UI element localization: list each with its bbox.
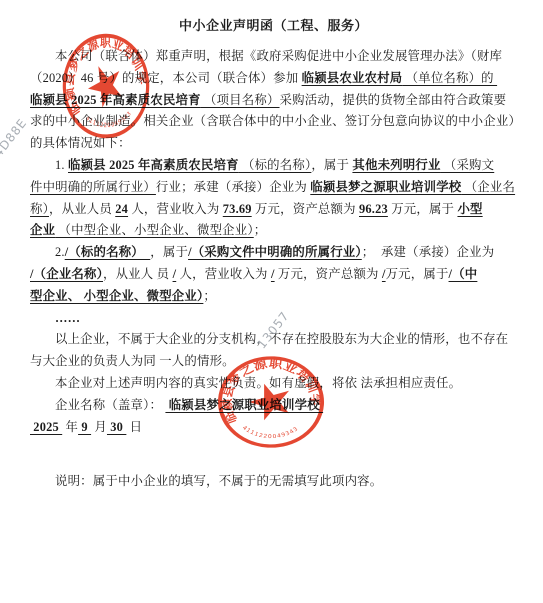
text-run: ； 承建（承接）企业为 bbox=[362, 245, 495, 259]
text-run: 24 bbox=[115, 202, 128, 216]
text-run: 行业；承建（承接）企业为 bbox=[156, 180, 310, 194]
text-run: 人，营业收入为 bbox=[128, 202, 223, 216]
doc-line-10: 2./（标的名称） ，属于/（采购文件中明确的所属行业）； 承建（承接）企业为 bbox=[30, 242, 517, 264]
text-run: 96.23 bbox=[359, 202, 388, 216]
text-run: 1. bbox=[55, 158, 68, 172]
text-run: 与大企业的负责人为同 一人的情形。 bbox=[30, 354, 235, 368]
text-run: 年 bbox=[62, 420, 78, 434]
text-run: 企业 bbox=[30, 223, 55, 237]
text-run: 月 bbox=[91, 420, 107, 434]
text-run: 企业名称（盖章）： bbox=[55, 398, 165, 412]
doc-line-19: 说明：属于中小企业的填写，不属于的无需填写此项内容。 bbox=[30, 471, 517, 493]
text-run: 小型 bbox=[457, 202, 482, 216]
doc-line-8: 称），从业人员 24 人，营业收入为 73.69 万元，资产总额为 96.23 … bbox=[30, 199, 517, 221]
text-run: 临颍县农业农村局 bbox=[302, 71, 403, 85]
text-run: 万元，属于 bbox=[388, 202, 458, 216]
company-seal-bottom: 临颍县梦之源职业培训学校 4111220049343 bbox=[206, 346, 336, 458]
text-run: 2025 bbox=[30, 420, 62, 434]
doc-line-11: /（企业名称），从业人 员 / 人，营业收入为 / 万元，资产总额为 /万元，属… bbox=[30, 264, 517, 286]
text-run: ，从业人 员 bbox=[103, 267, 173, 281]
text-run: 说明：属于中小企业的填写，不属于的无需填写此项内容。 bbox=[55, 474, 382, 488]
text-run: ； bbox=[203, 289, 216, 303]
text-run: （采购文 bbox=[441, 158, 495, 172]
company-seal-top: 临颍县梦之源职业培训学校 4111220049343 bbox=[53, 22, 159, 150]
text-run: 以上企业，不属于大企业的分支机构，不存在控股股东为大企业的情形，也不存在 bbox=[55, 332, 508, 346]
text-run: 件中明确的所属行业） bbox=[30, 180, 156, 194]
text-run: 日 bbox=[126, 420, 142, 434]
text-run: 型企业、 小型企业、微型企业） bbox=[30, 289, 203, 303]
text-run: 万元，属于 bbox=[386, 267, 449, 281]
doc-line-6: 1. 临颍县 2025 年高素质农民培育 （标的名称），属于 其他未列明行业 （… bbox=[30, 155, 517, 177]
text-run: 万元，资产总额为 bbox=[275, 267, 382, 281]
text-run: /（企业名称） bbox=[30, 267, 103, 281]
doc-line-9: 企业 （中型企业、小型企业、微型企业）； bbox=[30, 220, 517, 242]
text-run: ，从业人员 bbox=[49, 202, 115, 216]
doc-line-7: 件中明确的所属行业）行业；承建（承接）企业为 临颍县梦之源职业培训学校 （企业名 bbox=[30, 177, 517, 199]
star-icon bbox=[83, 57, 128, 111]
document-page: 934D88E 13057 中小企业声明函（工程、服务） 本公司（联合体）郑重声… bbox=[0, 0, 543, 603]
text-run: ，属于 bbox=[311, 158, 352, 172]
text-run: 人，营业收入为 bbox=[176, 267, 271, 281]
text-run: 30 bbox=[107, 420, 126, 434]
text-run: 临颍县 2025 年高素质农民培育 bbox=[68, 158, 239, 172]
text-run: 临颍县梦之源职业培训学校 bbox=[310, 180, 461, 194]
text-run: /（采购文件中明确的所属行业） bbox=[188, 245, 362, 259]
text-run: /（中 bbox=[449, 267, 478, 281]
text-run: 9 bbox=[78, 420, 91, 434]
text-run: 称） bbox=[30, 202, 49, 216]
text-run: /（标的名称） bbox=[65, 245, 151, 259]
text-run: 万元，资产总额为 bbox=[252, 202, 359, 216]
text-run: （企业名 bbox=[461, 180, 515, 194]
star-icon bbox=[244, 378, 297, 422]
text-run: （中型企业、小型企业、微型企业） bbox=[55, 223, 254, 237]
text-run: ； bbox=[254, 223, 267, 237]
text-run: 其他未列明行业 bbox=[352, 158, 440, 172]
text-run: 73.69 bbox=[223, 202, 252, 216]
text-run: （单位名称）的 bbox=[402, 71, 497, 85]
watermark-fragment-left: 934D88E bbox=[0, 116, 30, 173]
text-run: ，属于 bbox=[150, 245, 188, 259]
text-run: 采购活动，提供的货物全部由符合政策要 bbox=[280, 93, 507, 107]
text-run: 2. bbox=[55, 245, 65, 259]
text-run: （项目名称） bbox=[201, 93, 280, 107]
doc-line-12: 型企业、 小型企业、微型企业）； bbox=[30, 286, 517, 308]
text-run: （标的名称） bbox=[239, 158, 312, 172]
text-run: …… bbox=[55, 311, 80, 325]
